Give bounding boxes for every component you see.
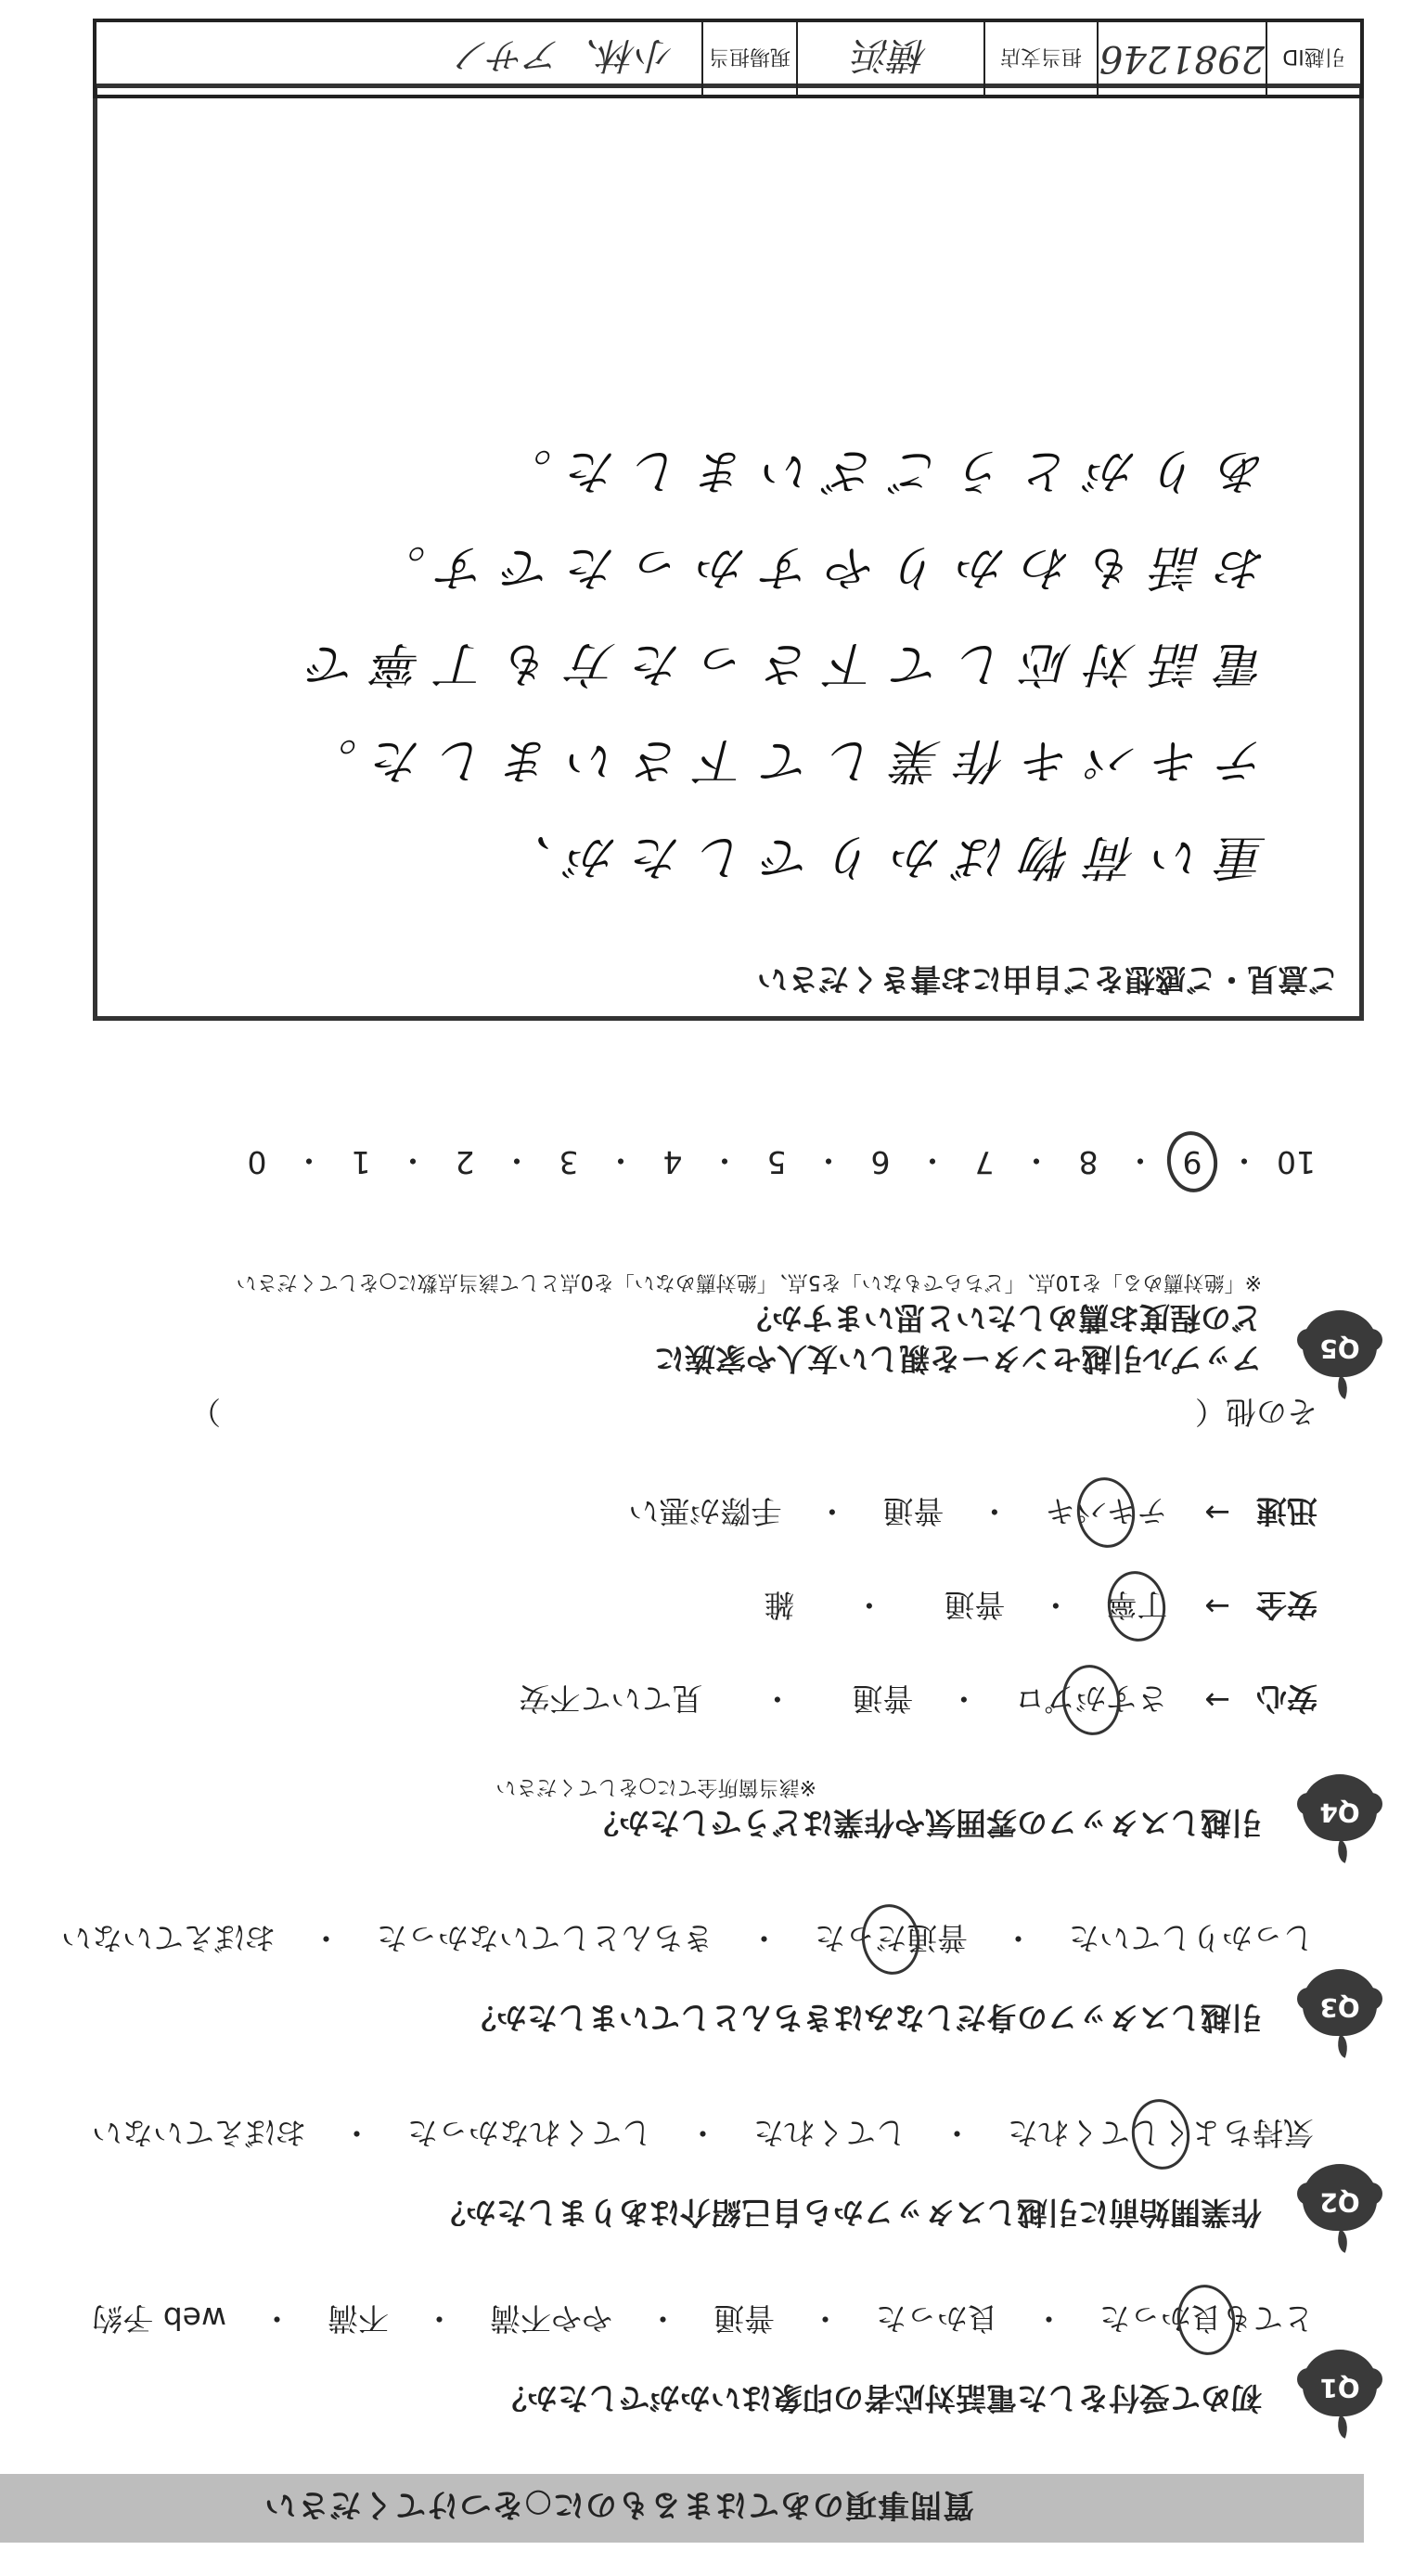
- q4-row-jinsoku: 迅速 → テキパキ・ 普通・ 手際が悪い: [56, 1491, 1317, 1535]
- option[interactable]: 普通: [710, 2299, 778, 2342]
- arrow-right-icon: →: [1204, 1589, 1230, 1625]
- option-selected[interactable]: 普通だった: [811, 1918, 971, 1962]
- question-q2: Q2 作業開始前に引越しスタッフから自己紹介はありましたか？ 気持ちよくしてくれ…: [56, 2113, 1262, 2233]
- score-option[interactable]: 7: [963, 1144, 1006, 1180]
- comment-header: ご意見・ご感想をご自由にお書きください: [757, 960, 1339, 1003]
- staff-value[interactable]: 小林、アサノ: [454, 32, 674, 85]
- question-note: ※「絶対薦める」を10点、「どちらでもない」を5点、「絶対薦めない」を0点として…: [56, 1268, 1262, 1295]
- apple-question-icon: Q1: [1297, 2331, 1382, 2424]
- branch-value[interactable]: 横浜: [854, 32, 928, 85]
- option[interactable]: やや不満: [486, 2299, 616, 2342]
- option[interactable]: 不満: [324, 2299, 392, 2342]
- option[interactable]: 普通: [940, 1585, 1009, 1629]
- score-option[interactable]: 1: [340, 1144, 382, 1180]
- score-option-selected[interactable]: 9: [1171, 1144, 1214, 1180]
- option[interactable]: 見ていて不安: [515, 1679, 706, 1722]
- banner-text: 質問事項のあてはまるものに○をつけてください: [263, 2486, 974, 2531]
- branch-label: 担当支店: [1000, 45, 1082, 73]
- apple-question-icon: Q3: [1297, 1951, 1382, 2043]
- option[interactable]: きちんとしていなかった: [373, 1918, 717, 1962]
- question-q5: Q5 アップル引越センターを親しい友人や家族に どの程度お薦めしたいと思いますか…: [56, 1140, 1262, 1379]
- question-q1: Q1 初めて受付をした電話対応者の印象はいかがでしたか？ とても良かった・ 良か…: [56, 2299, 1262, 2418]
- option[interactable]: してくれなかった: [404, 2113, 656, 2157]
- score-option[interactable]: 6: [859, 1144, 902, 1180]
- apple-question-icon: Q2: [1297, 2145, 1382, 2238]
- option[interactable]: おぼえていない: [88, 2113, 310, 2157]
- move-id-value[interactable]: 2981246: [1099, 37, 1265, 80]
- option[interactable]: 雑: [760, 1585, 798, 1629]
- option[interactable]: おぼえていない: [58, 1918, 279, 1962]
- arrow-right-icon: →: [1204, 1682, 1230, 1719]
- other-label: その他（: [1195, 1392, 1317, 1436]
- question-title: 引越しスタッフの身だしなみはきちんとしていましたか？: [56, 1997, 1262, 2038]
- move-id-table: 引越ID 2981246 担当支店 横浜 現場担当 小林、アサノ: [93, 19, 1364, 98]
- question-title: 引越しスタッフの雰囲気や作業はどうでしたか？: [56, 1802, 1262, 1843]
- option-selected[interactable]: 丁寧: [1102, 1585, 1171, 1629]
- arrow-right-icon: →: [1204, 1495, 1230, 1531]
- question-title: 作業開始前に引越しスタッフから自己紹介はありましたか？: [56, 2192, 1262, 2233]
- option[interactable]: 普通: [879, 1491, 947, 1535]
- option-selected[interactable]: さすがプロ: [1010, 1679, 1171, 1722]
- option-selected[interactable]: とても良かった: [1096, 2299, 1317, 2342]
- staff-label: 現場担当: [709, 45, 790, 73]
- option[interactable]: してくれた: [750, 2113, 910, 2157]
- q4-row-anzen: 安全 → 丁寧・ 普通・ 雑: [56, 1585, 1317, 1629]
- option[interactable]: web 予約: [88, 2299, 230, 2342]
- option-selected[interactable]: テキパキ: [1041, 1491, 1171, 1535]
- question-q4: Q4 引越しスタッフの雰囲気や作業はどうでしたか？ ※該当箇所全てに○をしてくだ…: [56, 1392, 1262, 1843]
- option-selected[interactable]: 気持ちよくしてくれた: [1004, 2113, 1317, 2157]
- handwritten-comment: 重い荷物ばかりでしたが、 テキパキ作業して下さいました。 電話対応して下さった方…: [292, 422, 1266, 905]
- q4-row-anshin: 安心 → さすがプロ・ 普通・ 見ていて不安: [56, 1679, 1317, 1722]
- options-q3: しっかりしていた・ 普通だった・ きちんとしていなかった・ おぼえていない: [56, 1918, 1317, 1962]
- score-option[interactable]: 10: [1275, 1144, 1317, 1180]
- move-id-label: 引越ID: [1282, 45, 1344, 73]
- score-option[interactable]: 5: [755, 1144, 798, 1180]
- option[interactable]: しっかりしていた: [1065, 1918, 1317, 1962]
- question-title-line1: アップル引越センターを親しい友人や家族に: [56, 1338, 1262, 1379]
- options-q2: 気持ちよくしてくれた・ してくれた・ してくれなかった・ おぼえていない: [56, 2113, 1317, 2157]
- recommend-score-scale: 10・ 9・ 8・ 7・ 6・ 5・ 4・ 3・ 2・ 1・ 0: [56, 1140, 1317, 1184]
- instruction-banner: 質問事項のあてはまるものに○をつけてください: [0, 2474, 1364, 2543]
- q4-other: その他（ ）: [56, 1392, 1317, 1436]
- question-title-line2: どの程度お薦めしたいと思いますか？: [56, 1297, 1262, 1338]
- options-q1: とても良かった・ 良かった・ 普通・ やや不満・ 不満・ web 予約: [56, 2299, 1317, 2342]
- option[interactable]: 良かった: [872, 2299, 1002, 2342]
- option[interactable]: 手際が悪い: [624, 1491, 785, 1535]
- question-q3: Q3 引越しスタッフの身だしなみはきちんとしていましたか？ しっかりしていた・ …: [56, 1918, 1262, 2038]
- score-option[interactable]: 3: [547, 1144, 590, 1180]
- apple-question-icon: Q5: [1297, 1292, 1382, 1385]
- score-option[interactable]: 0: [236, 1144, 278, 1180]
- score-option[interactable]: 2: [443, 1144, 486, 1180]
- question-note: ※該当箇所全てに○をしてください: [56, 1772, 816, 1800]
- comment-box[interactable]: ご意見・ご感想をご自由にお書きください 重い荷物ばかりでしたが、 テキパキ作業し…: [93, 84, 1364, 1021]
- question-title: 初めて受付をした電話対応者の印象はいかがでしたか？: [56, 2377, 1262, 2418]
- score-option[interactable]: 8: [1067, 1144, 1110, 1180]
- option[interactable]: 普通: [848, 1679, 917, 1722]
- apple-question-icon: Q4: [1297, 1756, 1382, 1848]
- survey-form-page: 質問事項のあてはまるものに○をつけてください Q1 初めて受付をした電話対応者の…: [0, 0, 1401, 2576]
- score-option[interactable]: 4: [651, 1144, 694, 1180]
